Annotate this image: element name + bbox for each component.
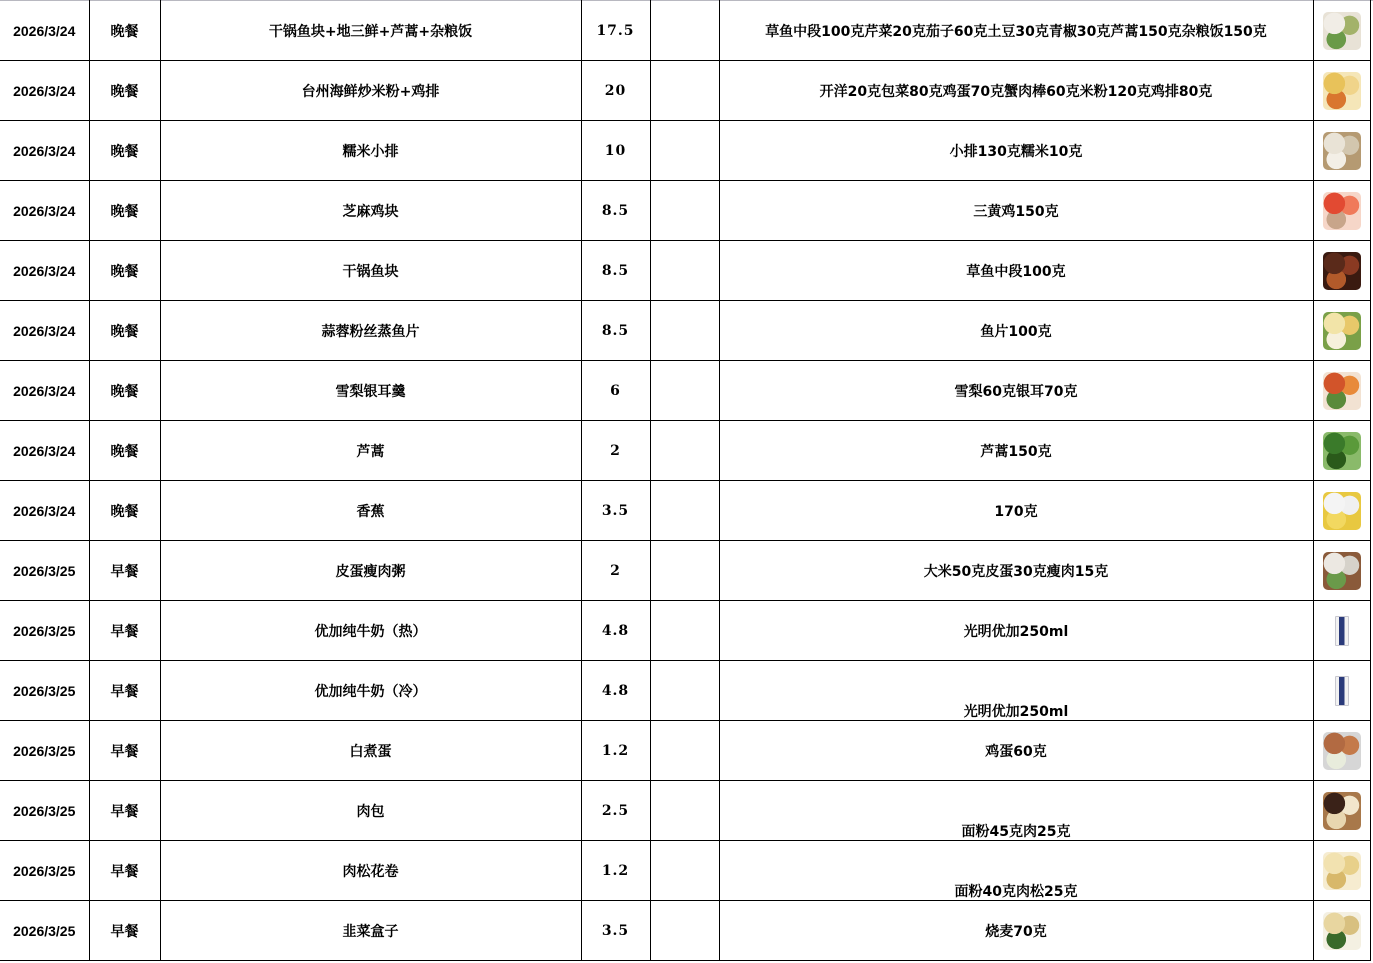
meal-cell[interactable]: 晚餐 <box>89 301 160 361</box>
meal-cell[interactable]: 早餐 <box>89 841 160 901</box>
ingredients-cell[interactable]: 烧麦70克 <box>719 901 1313 961</box>
empty-cell[interactable] <box>650 361 719 421</box>
empty-cell[interactable] <box>650 481 719 541</box>
dish-name-cell[interactable]: 干锅鱼块 <box>160 241 581 301</box>
price-cell[interactable]: 4.8 <box>581 601 650 661</box>
date-cell[interactable]: 2026/3/25 <box>0 601 89 661</box>
flower-roll-icon[interactable] <box>1323 852 1361 890</box>
price-cell[interactable]: 17.5 <box>581 1 650 61</box>
ingredients-text: 鱼片100克 <box>980 324 1051 340</box>
dish-name-cell[interactable]: 糯米小排 <box>160 121 581 181</box>
ingredients-cell[interactable]: 三黄鸡150克 <box>719 181 1313 241</box>
image-cell[interactable] <box>1313 421 1370 481</box>
empty-cell[interactable] <box>650 721 719 781</box>
image-cell[interactable] <box>1313 181 1370 241</box>
meal-cell[interactable]: 晚餐 <box>89 241 160 301</box>
image-cell[interactable] <box>1313 301 1370 361</box>
table-row: 2026/3/24晚餐蒜蓉粉丝蒸鱼片8.5鱼片100克 <box>0 301 1370 361</box>
bento-box-icon[interactable] <box>1323 12 1361 50</box>
price-cell[interactable]: 6 <box>581 361 650 421</box>
table-row: 2026/3/25早餐优加纯牛奶（热）4.8光明优加250ml <box>0 601 1370 661</box>
meal-cell[interactable]: 早餐 <box>89 721 160 781</box>
ingredients-text: 光明优加250ml <box>964 624 1069 640</box>
price-cell[interactable]: 2 <box>581 541 650 601</box>
date-cell[interactable]: 2026/3/24 <box>0 181 89 241</box>
image-cell[interactable] <box>1313 601 1370 661</box>
meal-cell[interactable]: 早餐 <box>89 601 160 661</box>
empty-cell[interactable] <box>650 421 719 481</box>
empty-cell[interactable] <box>650 241 719 301</box>
price-cell[interactable]: 2.5 <box>581 781 650 841</box>
meal-cell[interactable]: 晚餐 <box>89 121 160 181</box>
meal-cell[interactable]: 晚餐 <box>89 61 160 121</box>
steamed-fish-icon[interactable] <box>1323 312 1361 350</box>
ingredients-cell[interactable]: 170克 <box>719 481 1313 541</box>
eggs-icon[interactable] <box>1323 732 1361 770</box>
stir-fry-icon[interactable] <box>1323 372 1361 410</box>
price-cell[interactable]: 8.5 <box>581 181 650 241</box>
ingredients-cell[interactable]: 面粉40克肉松25克 <box>719 841 1313 901</box>
meal-cell[interactable]: 早餐 <box>89 781 160 841</box>
dish-name-cell[interactable]: 白煮蛋 <box>160 721 581 781</box>
ingredients-cell[interactable]: 光明优加250ml <box>719 601 1313 661</box>
price-cell[interactable]: 3.5 <box>581 901 650 961</box>
price-cell[interactable]: 4.8 <box>581 661 650 721</box>
empty-cell[interactable] <box>650 661 719 721</box>
empty-cell[interactable] <box>650 781 719 841</box>
table-row: 2026/3/24晚餐芦蒿2芦蒿150克 <box>0 421 1370 481</box>
ingredients-cell[interactable]: 雪梨60克银耳70克 <box>719 361 1313 421</box>
meal-cell[interactable]: 早餐 <box>89 901 160 961</box>
ingredients-text: 草鱼中段100克芹菜20克茄子60克土豆30克青椒30克芦蒿150克杂粮饭150… <box>765 24 1267 40</box>
date-cell[interactable]: 2026/3/24 <box>0 361 89 421</box>
table-row: 2026/3/24晚餐芝麻鸡块8.5三黄鸡150克 <box>0 181 1370 241</box>
table-row: 2026/3/24晚餐香蕉3.5170克 <box>0 481 1370 541</box>
table-row: 2026/3/25早餐优加纯牛奶（冷）4.8光明优加250ml <box>0 661 1370 721</box>
ingredients-text: 开洋20克包菜80克鸡蛋70克蟹肉棒60克米粉120克鸡排80克 <box>820 84 1213 100</box>
table-row: 2026/3/25早餐皮蛋瘦肉粥2大米50克皮蛋30克瘦肉15克 <box>0 541 1370 601</box>
image-cell[interactable] <box>1313 241 1370 301</box>
empty-cell[interactable] <box>650 61 719 121</box>
date-cell[interactable]: 2026/3/24 <box>0 121 89 181</box>
ingredients-cell[interactable]: 鱼片100克 <box>719 301 1313 361</box>
table-row: 2026/3/24晚餐雪梨银耳羹6雪梨60克银耳70克 <box>0 361 1370 421</box>
price-cell[interactable]: 3.5 <box>581 481 650 541</box>
image-cell[interactable] <box>1313 541 1370 601</box>
dish-name-cell[interactable]: 韭菜盒子 <box>160 901 581 961</box>
ingredients-cell[interactable]: 鸡蛋60克 <box>719 721 1313 781</box>
image-cell[interactable] <box>1313 61 1370 121</box>
date-cell[interactable]: 2026/3/25 <box>0 721 89 781</box>
ingredients-cell[interactable]: 草鱼中段100克 <box>719 241 1313 301</box>
braised-fish-icon[interactable] <box>1323 252 1361 290</box>
table-row: 2026/3/24晚餐干锅鱼块+地三鲜+芦蒿+杂粮饭17.5草鱼中段100克芹菜… <box>0 1 1370 61</box>
steamed-rib-icon[interactable] <box>1323 132 1361 170</box>
table-row: 2026/3/24晚餐糯米小排10小排130克糯米10克 <box>0 121 1370 181</box>
ingredients-text: 大米50克皮蛋30克瘦肉15克 <box>924 564 1108 580</box>
table-row: 2026/3/25早餐白煮蛋1.2鸡蛋60克 <box>0 721 1370 781</box>
empty-cell[interactable] <box>650 1 719 61</box>
chicken-dish-icon[interactable] <box>1323 192 1361 230</box>
image-cell[interactable] <box>1313 721 1370 781</box>
ingredients-cell[interactable]: 芦蒿150克 <box>719 421 1313 481</box>
empty-cell[interactable] <box>650 541 719 601</box>
date-cell[interactable]: 2026/3/25 <box>0 661 89 721</box>
dish-name-cell[interactable]: 蒜蓉粉丝蒸鱼片 <box>160 301 581 361</box>
ingredients-text: 光明优加250ml <box>964 704 1069 720</box>
image-cell[interactable] <box>1313 661 1370 721</box>
image-cell[interactable] <box>1313 901 1370 961</box>
table-row: 2026/3/24晚餐台州海鲜炒米粉+鸡排20开洋20克包菜80克鸡蛋70克蟹肉… <box>0 61 1370 121</box>
dish-name-cell[interactable]: 肉包 <box>160 781 581 841</box>
milk-carton-icon[interactable] <box>1335 676 1349 706</box>
date-cell[interactable]: 2026/3/24 <box>0 241 89 301</box>
meal-cell[interactable]: 晚餐 <box>89 181 160 241</box>
congee-icon[interactable] <box>1323 552 1361 590</box>
fried-rice-noodle-icon[interactable] <box>1323 72 1361 110</box>
image-cell[interactable] <box>1313 361 1370 421</box>
empty-cell[interactable] <box>650 121 719 181</box>
date-cell[interactable]: 2026/3/24 <box>0 301 89 361</box>
dish-name-cell[interactable]: 肉松花卷 <box>160 841 581 901</box>
dish-name-cell[interactable]: 优加纯牛奶（冷） <box>160 661 581 721</box>
ingredients-text: 芦蒿150克 <box>980 444 1051 460</box>
table-row: 2026/3/24晚餐干锅鱼块8.5草鱼中段100克 <box>0 241 1370 301</box>
price-cell[interactable]: 10 <box>581 121 650 181</box>
image-cell[interactable] <box>1313 841 1370 901</box>
ingredients-text: 面粉45克肉25克 <box>962 824 1071 840</box>
image-cell[interactable] <box>1313 121 1370 181</box>
date-cell[interactable]: 2026/3/24 <box>0 61 89 121</box>
empty-cell[interactable] <box>650 601 719 661</box>
empty-cell[interactable] <box>650 301 719 361</box>
empty-cell[interactable] <box>650 181 719 241</box>
meal-cell[interactable]: 晚餐 <box>89 1 160 61</box>
milk-carton-icon[interactable] <box>1335 616 1349 646</box>
date-cell[interactable]: 2026/3/25 <box>0 781 89 841</box>
meal-cell[interactable]: 早餐 <box>89 541 160 601</box>
menu-table: 2026/3/24晚餐干锅鱼块+地三鲜+芦蒿+杂粮饭17.5草鱼中段100克芹菜… <box>0 0 1371 961</box>
ingredients-cell[interactable]: 面粉45克肉25克 <box>719 781 1313 841</box>
image-cell[interactable] <box>1313 481 1370 541</box>
dish-name-cell[interactable]: 芝麻鸡块 <box>160 181 581 241</box>
dish-name-cell[interactable]: 芦蒿 <box>160 421 581 481</box>
table-row: 2026/3/25早餐韭菜盒子3.5烧麦70克 <box>0 901 1370 961</box>
ingredients-cell[interactable]: 小排130克糯米10克 <box>719 121 1313 181</box>
price-cell[interactable]: 8.5 <box>581 301 650 361</box>
price-cell[interactable]: 8.5 <box>581 241 650 301</box>
meal-cell[interactable]: 早餐 <box>89 661 160 721</box>
date-cell[interactable]: 2026/3/25 <box>0 541 89 601</box>
meal-cell[interactable]: 晚餐 <box>89 421 160 481</box>
ingredients-cell[interactable]: 大米50克皮蛋30克瘦肉15克 <box>719 541 1313 601</box>
chive-pocket-icon[interactable] <box>1323 912 1361 950</box>
dish-name-cell[interactable]: 台州海鲜炒米粉+鸡排 <box>160 61 581 121</box>
date-cell[interactable]: 2026/3/24 <box>0 481 89 541</box>
ingredients-text: 三黄鸡150克 <box>973 204 1058 220</box>
banana-icon[interactable] <box>1323 492 1361 530</box>
dish-name-cell[interactable]: 优加纯牛奶（热） <box>160 601 581 661</box>
price-cell[interactable]: 2 <box>581 421 650 481</box>
ingredients-cell[interactable]: 草鱼中段100克芹菜20克茄子60克土豆30克青椒30克芦蒿150克杂粮饭150… <box>719 1 1313 61</box>
dish-name-cell[interactable]: 雪梨银耳羹 <box>160 361 581 421</box>
ingredients-text: 小排130克糯米10克 <box>950 144 1083 160</box>
ingredients-text: 烧麦70克 <box>985 924 1046 940</box>
date-cell[interactable]: 2026/3/24 <box>0 1 89 61</box>
meal-cell[interactable]: 晚餐 <box>89 481 160 541</box>
price-cell[interactable]: 20 <box>581 61 650 121</box>
dish-name-cell[interactable]: 干锅鱼块+地三鲜+芦蒿+杂粮饭 <box>160 1 581 61</box>
image-cell[interactable] <box>1313 781 1370 841</box>
dish-name-cell[interactable]: 香蕉 <box>160 481 581 541</box>
price-cell[interactable]: 1.2 <box>581 721 650 781</box>
ingredients-text: 鸡蛋60克 <box>985 744 1046 760</box>
ingredients-cell[interactable]: 光明优加250ml <box>719 661 1313 721</box>
ingredients-text: 雪梨60克银耳70克 <box>955 384 1078 400</box>
greens-icon[interactable] <box>1323 432 1361 470</box>
ingredients-text: 面粉40克肉松25克 <box>955 884 1078 900</box>
ingredients-text: 170克 <box>994 504 1037 520</box>
dish-name-cell[interactable]: 皮蛋瘦肉粥 <box>160 541 581 601</box>
table-row: 2026/3/25早餐肉松花卷1.2面粉40克肉松25克 <box>0 841 1370 901</box>
ingredients-text: 草鱼中段100克 <box>966 264 1065 280</box>
empty-cell[interactable] <box>650 901 719 961</box>
table-row: 2026/3/25早餐肉包2.5面粉45克肉25克 <box>0 781 1370 841</box>
ingredients-cell[interactable]: 开洋20克包菜80克鸡蛋70克蟹肉棒60克米粉120克鸡排80克 <box>719 61 1313 121</box>
meal-cell[interactable]: 晚餐 <box>89 361 160 421</box>
price-cell[interactable]: 1.2 <box>581 841 650 901</box>
date-cell[interactable]: 2026/3/25 <box>0 841 89 901</box>
meat-bun-icon[interactable] <box>1323 792 1361 830</box>
date-cell[interactable]: 2026/3/24 <box>0 421 89 481</box>
empty-cell[interactable] <box>650 841 719 901</box>
date-cell[interactable]: 2026/3/25 <box>0 901 89 961</box>
image-cell[interactable] <box>1313 1 1370 61</box>
